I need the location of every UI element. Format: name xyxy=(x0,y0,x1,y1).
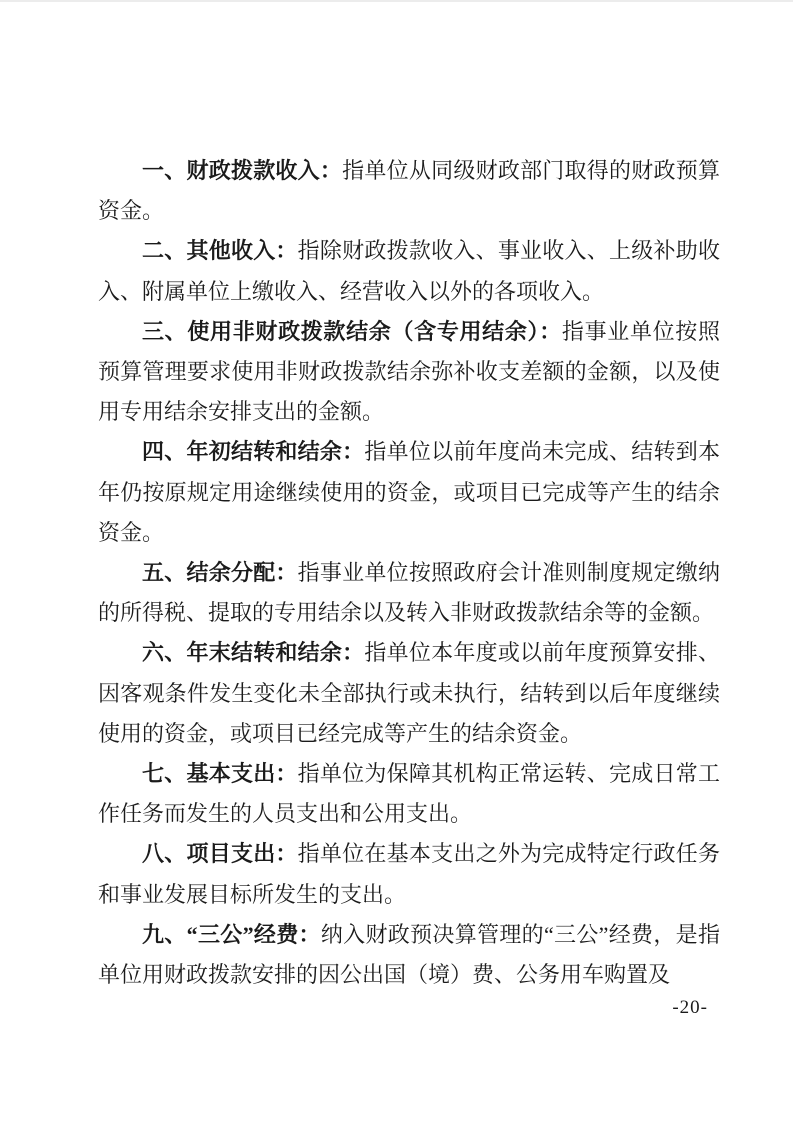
definition-term-9: 九、“三公”经费： xyxy=(142,922,321,947)
definition-term-2: 二、其他收入： xyxy=(142,238,298,263)
document-page: 一、财政拨款收入：指单位从同级财政部门取得的财政预算资金。 二、其他收入：指除财… xyxy=(0,0,793,1122)
definition-item-3: 三、使用非财政拨款结余（含专用结余）：指事业单位按照预算管理要求使用非财政拨款结… xyxy=(98,312,720,433)
page-number: -20- xyxy=(672,997,708,1019)
definition-item-5: 五、结余分配：指事业单位按照政府会计准则制度规定缴纳的所得税、提取的专用结余以及… xyxy=(98,553,720,633)
definition-item-8: 八、项目支出：指单位在基本支出之外为完成特定行政任务和事业发展目标所发生的支出。 xyxy=(98,834,720,914)
definition-item-1: 一、财政拨款收入：指单位从同级财政部门取得的财政预算资金。 xyxy=(98,151,720,231)
definition-item-7: 七、基本支出：指单位为保障其机构正常运转、完成日常工作任务而发生的人员支出和公用… xyxy=(98,754,720,834)
definition-item-9: 九、“三公”经费：纳入财政预决算管理的“三公”经费，是指单位用财政拨款安排的因公… xyxy=(98,915,720,995)
document-body: 一、财政拨款收入：指单位从同级财政部门取得的财政预算资金。 二、其他收入：指除财… xyxy=(98,151,720,995)
definition-term-5: 五、结余分配： xyxy=(142,560,298,585)
definition-term-7: 七、基本支出： xyxy=(142,761,298,786)
definition-item-4: 四、年初结转和结余：指单位以前年度尚未完成、结转到本年仍按原规定用途继续使用的资… xyxy=(98,432,720,553)
definition-term-4: 四、年初结转和结余： xyxy=(142,439,364,464)
definition-item-2: 二、其他收入：指除财政拨款收入、事业收入、上级补助收入、附属单位上缴收入、经营收… xyxy=(98,231,720,311)
definition-term-6: 六、年末结转和结余： xyxy=(142,640,364,665)
definition-term-3: 三、使用非财政拨款结余（含专用结余）： xyxy=(142,319,562,344)
definition-item-6: 六、年末结转和结余：指单位本年度或以前年度预算安排、因客观条件发生变化未全部执行… xyxy=(98,633,720,754)
definition-term-1: 一、财政拨款收入： xyxy=(142,158,342,183)
definition-term-8: 八、项目支出： xyxy=(142,841,298,866)
